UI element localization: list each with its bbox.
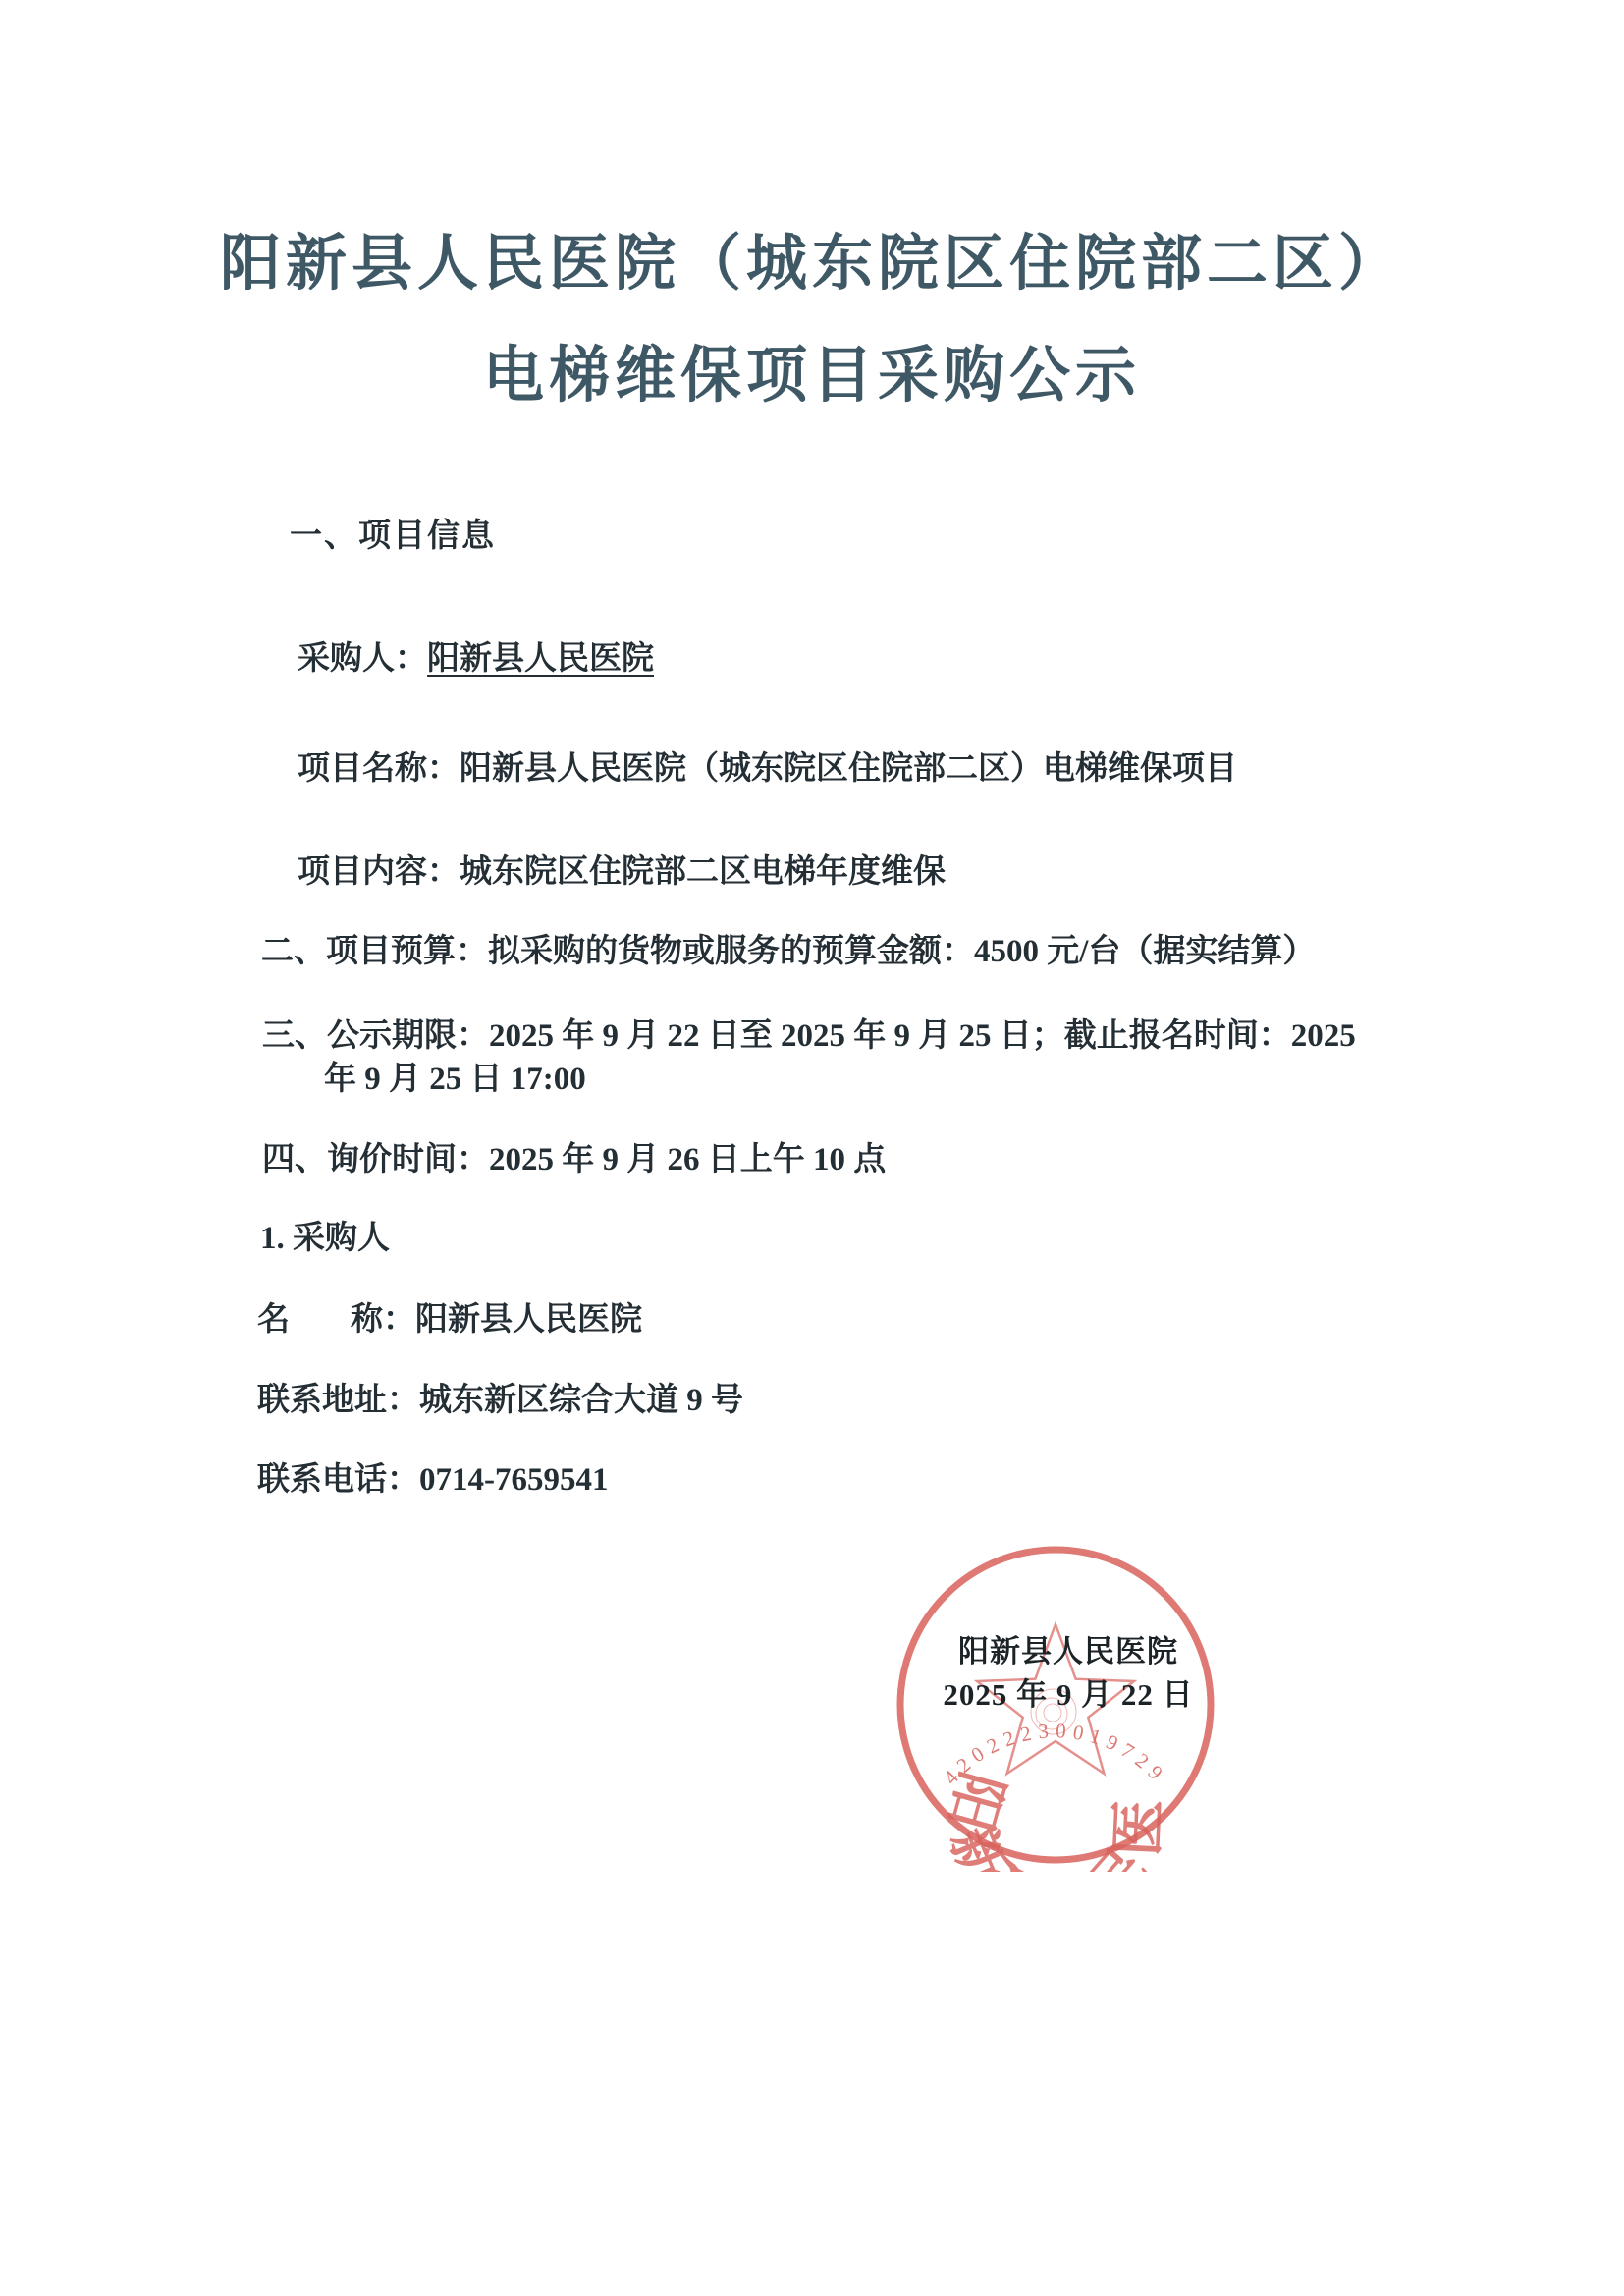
project-content-value: 城东院区住院部二区电梯年度维保 — [460, 854, 946, 890]
name-label-second: 称： — [351, 1302, 415, 1338]
document-title-line2: 电梯维保项目采购公示 — [0, 346, 1624, 407]
item-publicity-line2: 年 9 月 25 日 17:00 — [324, 1061, 586, 1100]
project-content-label: 项目内容： — [298, 854, 460, 890]
seal-overlay-org: 阳新县人民医院 — [901, 1636, 1235, 1667]
project-content-row: 项目内容：城东院区住院部二区电梯年度维保 — [298, 853, 946, 893]
purchaser-row: 采购人：阳新县人民医院 — [298, 640, 654, 680]
purchaser-value: 阳新县人民医院 — [427, 641, 654, 677]
project-name-row: 项目名称：阳新县人民医院（城东院区住院部二区）电梯维保项目 — [298, 750, 1237, 790]
seal-overlay-date: 2025 年 9 月 22 日 — [901, 1679, 1235, 1710]
address-label: 联系地址： — [257, 1383, 419, 1418]
name-row: 名称：阳新县人民医院 — [257, 1301, 642, 1340]
item-publicity-line1: 三、公示期限：2025 年 9 月 22 日至 2025 年 9 月 25 日；… — [262, 1017, 1356, 1057]
item-budget: 二、项目预算：拟采购的货物或服务的预算金额：4500 元/台（据实结算） — [261, 933, 1315, 972]
phone-label: 联系电话： — [257, 1462, 419, 1498]
purchaser-label: 采购人： — [298, 641, 427, 677]
project-name-value: 阳新县人民医院（城东院区住院部二区）电梯维保项目 — [460, 751, 1237, 787]
document-page: 阳新县人民医院（城东院区住院部二区） 电梯维保项目采购公示 一、项目信息 采购人… — [0, 0, 1624, 2296]
sub-heading-purchaser: 1. 采购人 — [260, 1220, 390, 1259]
section-heading-project-info: 一、项目信息 — [290, 518, 496, 557]
item-inquiry: 四、询价时间：2025 年 9 月 26 日上午 10 点 — [262, 1141, 886, 1180]
phone-value: 0714-7659541 — [419, 1462, 609, 1498]
address-row: 联系地址：城东新区综合大道 9 号 — [257, 1382, 743, 1421]
phone-row: 联系电话：0714-7659541 — [257, 1461, 609, 1501]
name-value: 阳新县人民医院 — [415, 1302, 642, 1338]
address-value: 城东新区综合大道 9 号 — [419, 1383, 743, 1418]
project-name-label: 项目名称： — [298, 751, 460, 787]
name-label-first: 名 — [257, 1302, 290, 1338]
document-title-line1: 阳新县人民医院（城东院区住院部二区） — [0, 234, 1624, 295]
